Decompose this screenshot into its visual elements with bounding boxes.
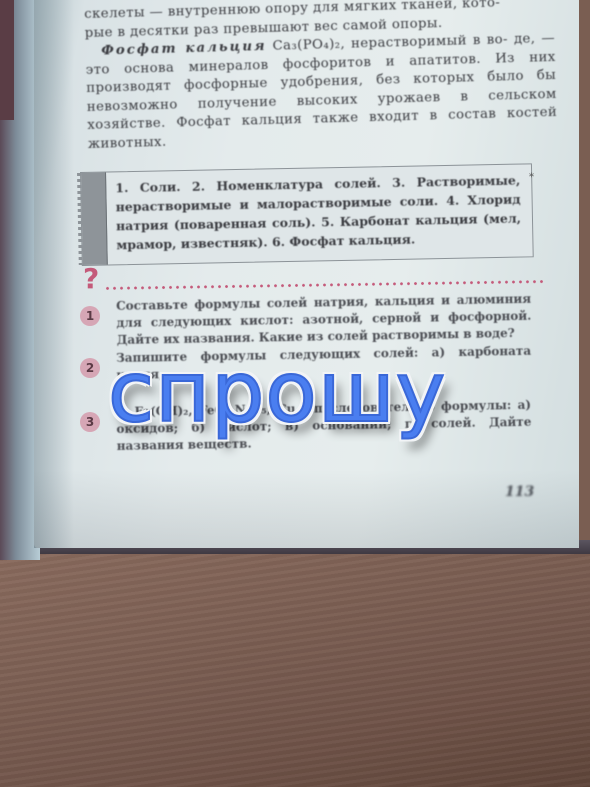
summary-side-bar <box>81 173 108 265</box>
asterisk-mark: * <box>529 172 534 183</box>
overlay-sticker-text: спрошу <box>108 350 446 434</box>
term-calcium-phosphate: Фосфат кальция <box>101 39 267 59</box>
question-number-2: 2 <box>80 358 100 378</box>
summary-box: 1. Соли. 2. Номенклатура солей. 3. Раств… <box>80 163 534 266</box>
question-1-text: Составьте формулы солей натрия, кальция … <box>116 291 532 349</box>
question-number-3: 3 <box>80 412 100 432</box>
table-surface <box>0 540 590 787</box>
question-number-1: 1 <box>80 306 100 326</box>
page-number: 113 <box>505 484 534 500</box>
body-paragraphs: скелеты — внутреннюю опору для мягких тк… <box>84 0 558 154</box>
calcium-phosphate-paragraph: Фосфат кальция Ca₃(PO₄)₂, нерастворимый … <box>85 30 558 154</box>
formula: Ca₃(PO₄)₂ <box>272 37 340 54</box>
question-mark-icon: ? <box>83 262 99 295</box>
summary-text: 1. Соли. 2. Номенклатура солей. 3. Раств… <box>115 171 521 255</box>
